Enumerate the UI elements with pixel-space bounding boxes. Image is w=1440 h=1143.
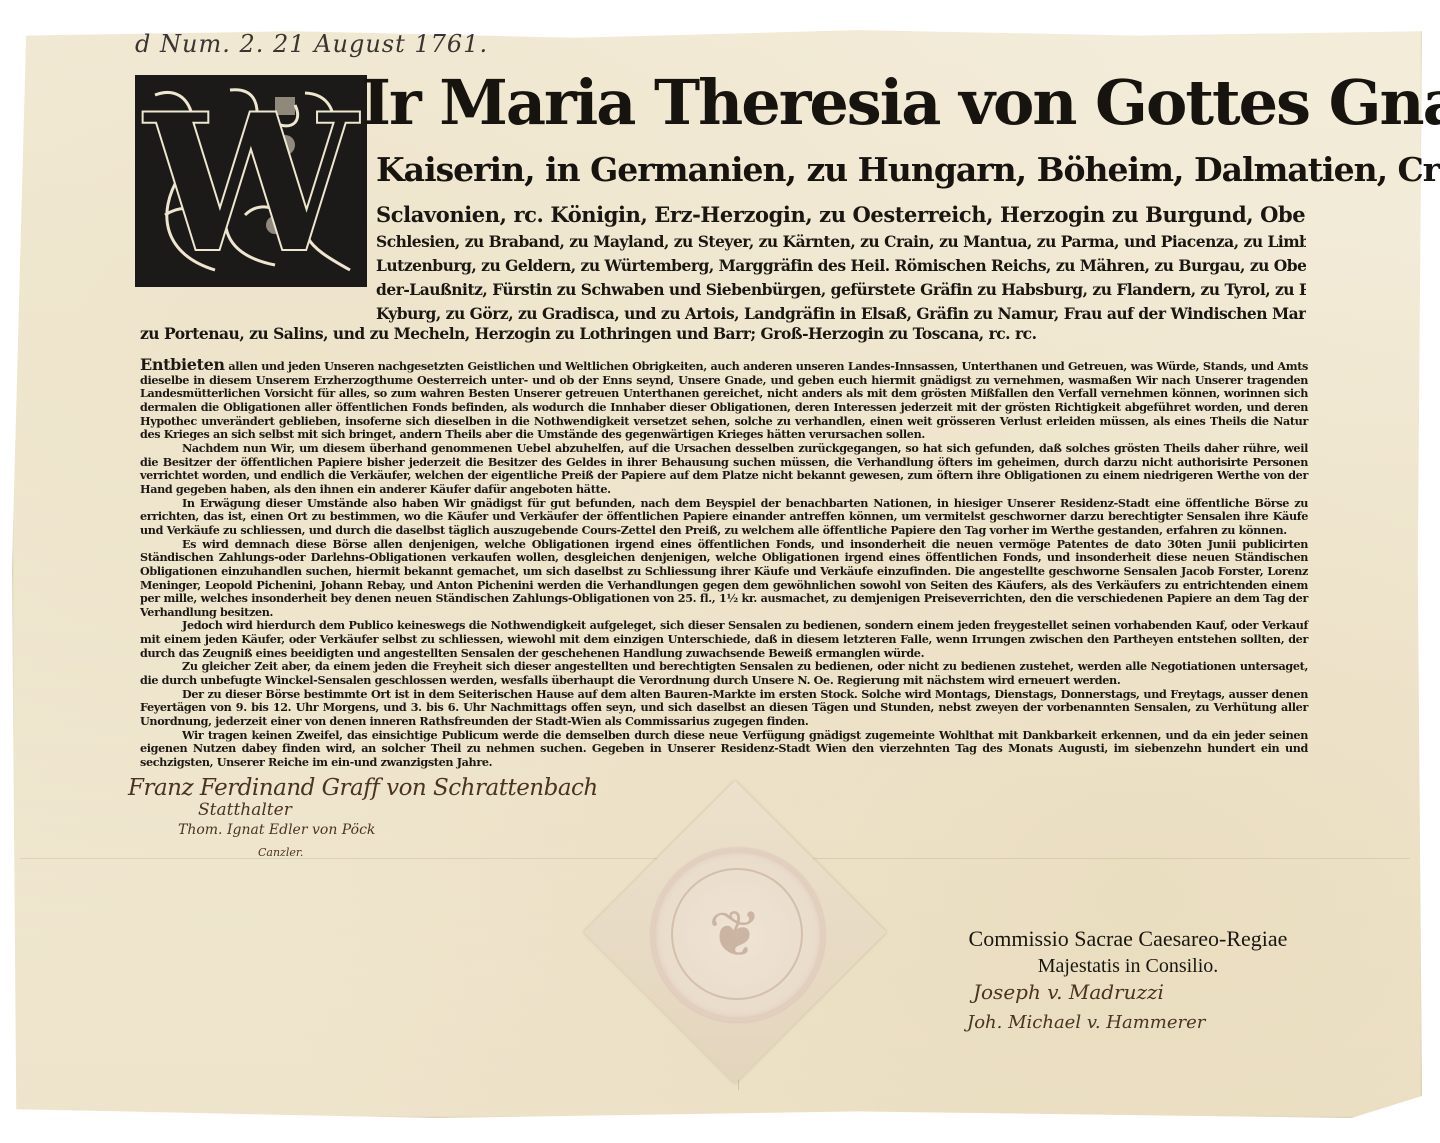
proclamation-subtitle: Kaiserin, in Germanien, zu Hungarn, Böhe… xyxy=(376,148,1306,192)
body-paragraph: Nachdem nun Wir, um diesem überhand geno… xyxy=(140,442,1308,497)
body-paragraph: Zu gleicher Zeit aber, da einem jeden di… xyxy=(140,660,1308,687)
embossed-seal: ❦ xyxy=(583,780,887,1084)
proclamation-body: Entbieten allen und jeden Unseren nachge… xyxy=(140,358,1308,770)
body-paragraph: Es wird demnach diese Börse allen denjen… xyxy=(140,538,1308,620)
signature-chancellor: Thom. Ignat Edler von Pöck xyxy=(178,822,375,838)
sovereign-titles: Sclavonien, rc. Königin, Erz-Herzogin, z… xyxy=(376,200,1306,326)
handwritten-archive-note: d Num. 2. 21 August 1761. xyxy=(135,30,488,58)
titles-line: Schlesien, zu Braband, zu Mayland, zu St… xyxy=(376,230,1306,254)
body-paragraph: Entbieten allen und jeden Unseren nachge… xyxy=(140,358,1308,442)
decorative-initial-w: W xyxy=(135,75,367,287)
lead-word: Entbieten xyxy=(140,355,225,374)
signature-hammerer: Joh. Michael v. Hammerer xyxy=(967,1012,1205,1033)
double-eagle-icon: ❦ xyxy=(693,895,777,975)
svg-text:W: W xyxy=(142,75,360,287)
signature-madruzzi: Joseph v. Madruzzi xyxy=(973,980,1164,1004)
body-paragraph: Wir tragen keinen Zweifel, das einsichti… xyxy=(140,729,1308,770)
body-paragraph: In Erwägung dieser Umstände also haben W… xyxy=(140,497,1308,538)
titles-line: der-Laußnitz, Fürstin zu Schwaben und Si… xyxy=(376,278,1306,302)
proclamation-title: Ir Maria Theresia von Gottes Gnaden Röm. xyxy=(362,66,1307,140)
signature-statthalter: Franz Ferdinand Graff von Schrattenbach xyxy=(128,775,598,801)
body-paragraph: Jedoch wird hierdurch dem Publico keines… xyxy=(140,619,1308,660)
paragraph-text: allen und jeden Unseren nachgesetzten Ge… xyxy=(140,359,1308,441)
signatures-right: Joseph v. Madruzzi Joh. Michael v. Hamme… xyxy=(965,980,1225,1050)
signature-chancellor-title: Canzler. xyxy=(258,846,303,859)
ornament-initial-icon: W xyxy=(135,75,367,287)
titles-line: Sclavonien, rc. Königin, Erz-Herzogin, z… xyxy=(376,200,1306,230)
commission-line-1: Commissio Sacrae Caesareo-Regiae xyxy=(948,925,1308,953)
titles-line: Lutzenburg, zu Geldern, zu Würtemberg, M… xyxy=(376,254,1306,278)
titles-line-final: zu Portenau, zu Salins, und zu Mecheln, … xyxy=(140,322,1036,346)
signatures-left: Franz Ferdinand Graff von Schrattenbach … xyxy=(128,770,568,870)
commission-line-2: Majestatis in Consilio. xyxy=(948,953,1308,979)
commission-block: Commissio Sacrae Caesareo-Regiae Majesta… xyxy=(948,925,1308,979)
signature-title: Statthalter xyxy=(198,800,292,820)
body-paragraph: Der zu dieser Börse bestimmte Ort ist in… xyxy=(140,688,1308,729)
